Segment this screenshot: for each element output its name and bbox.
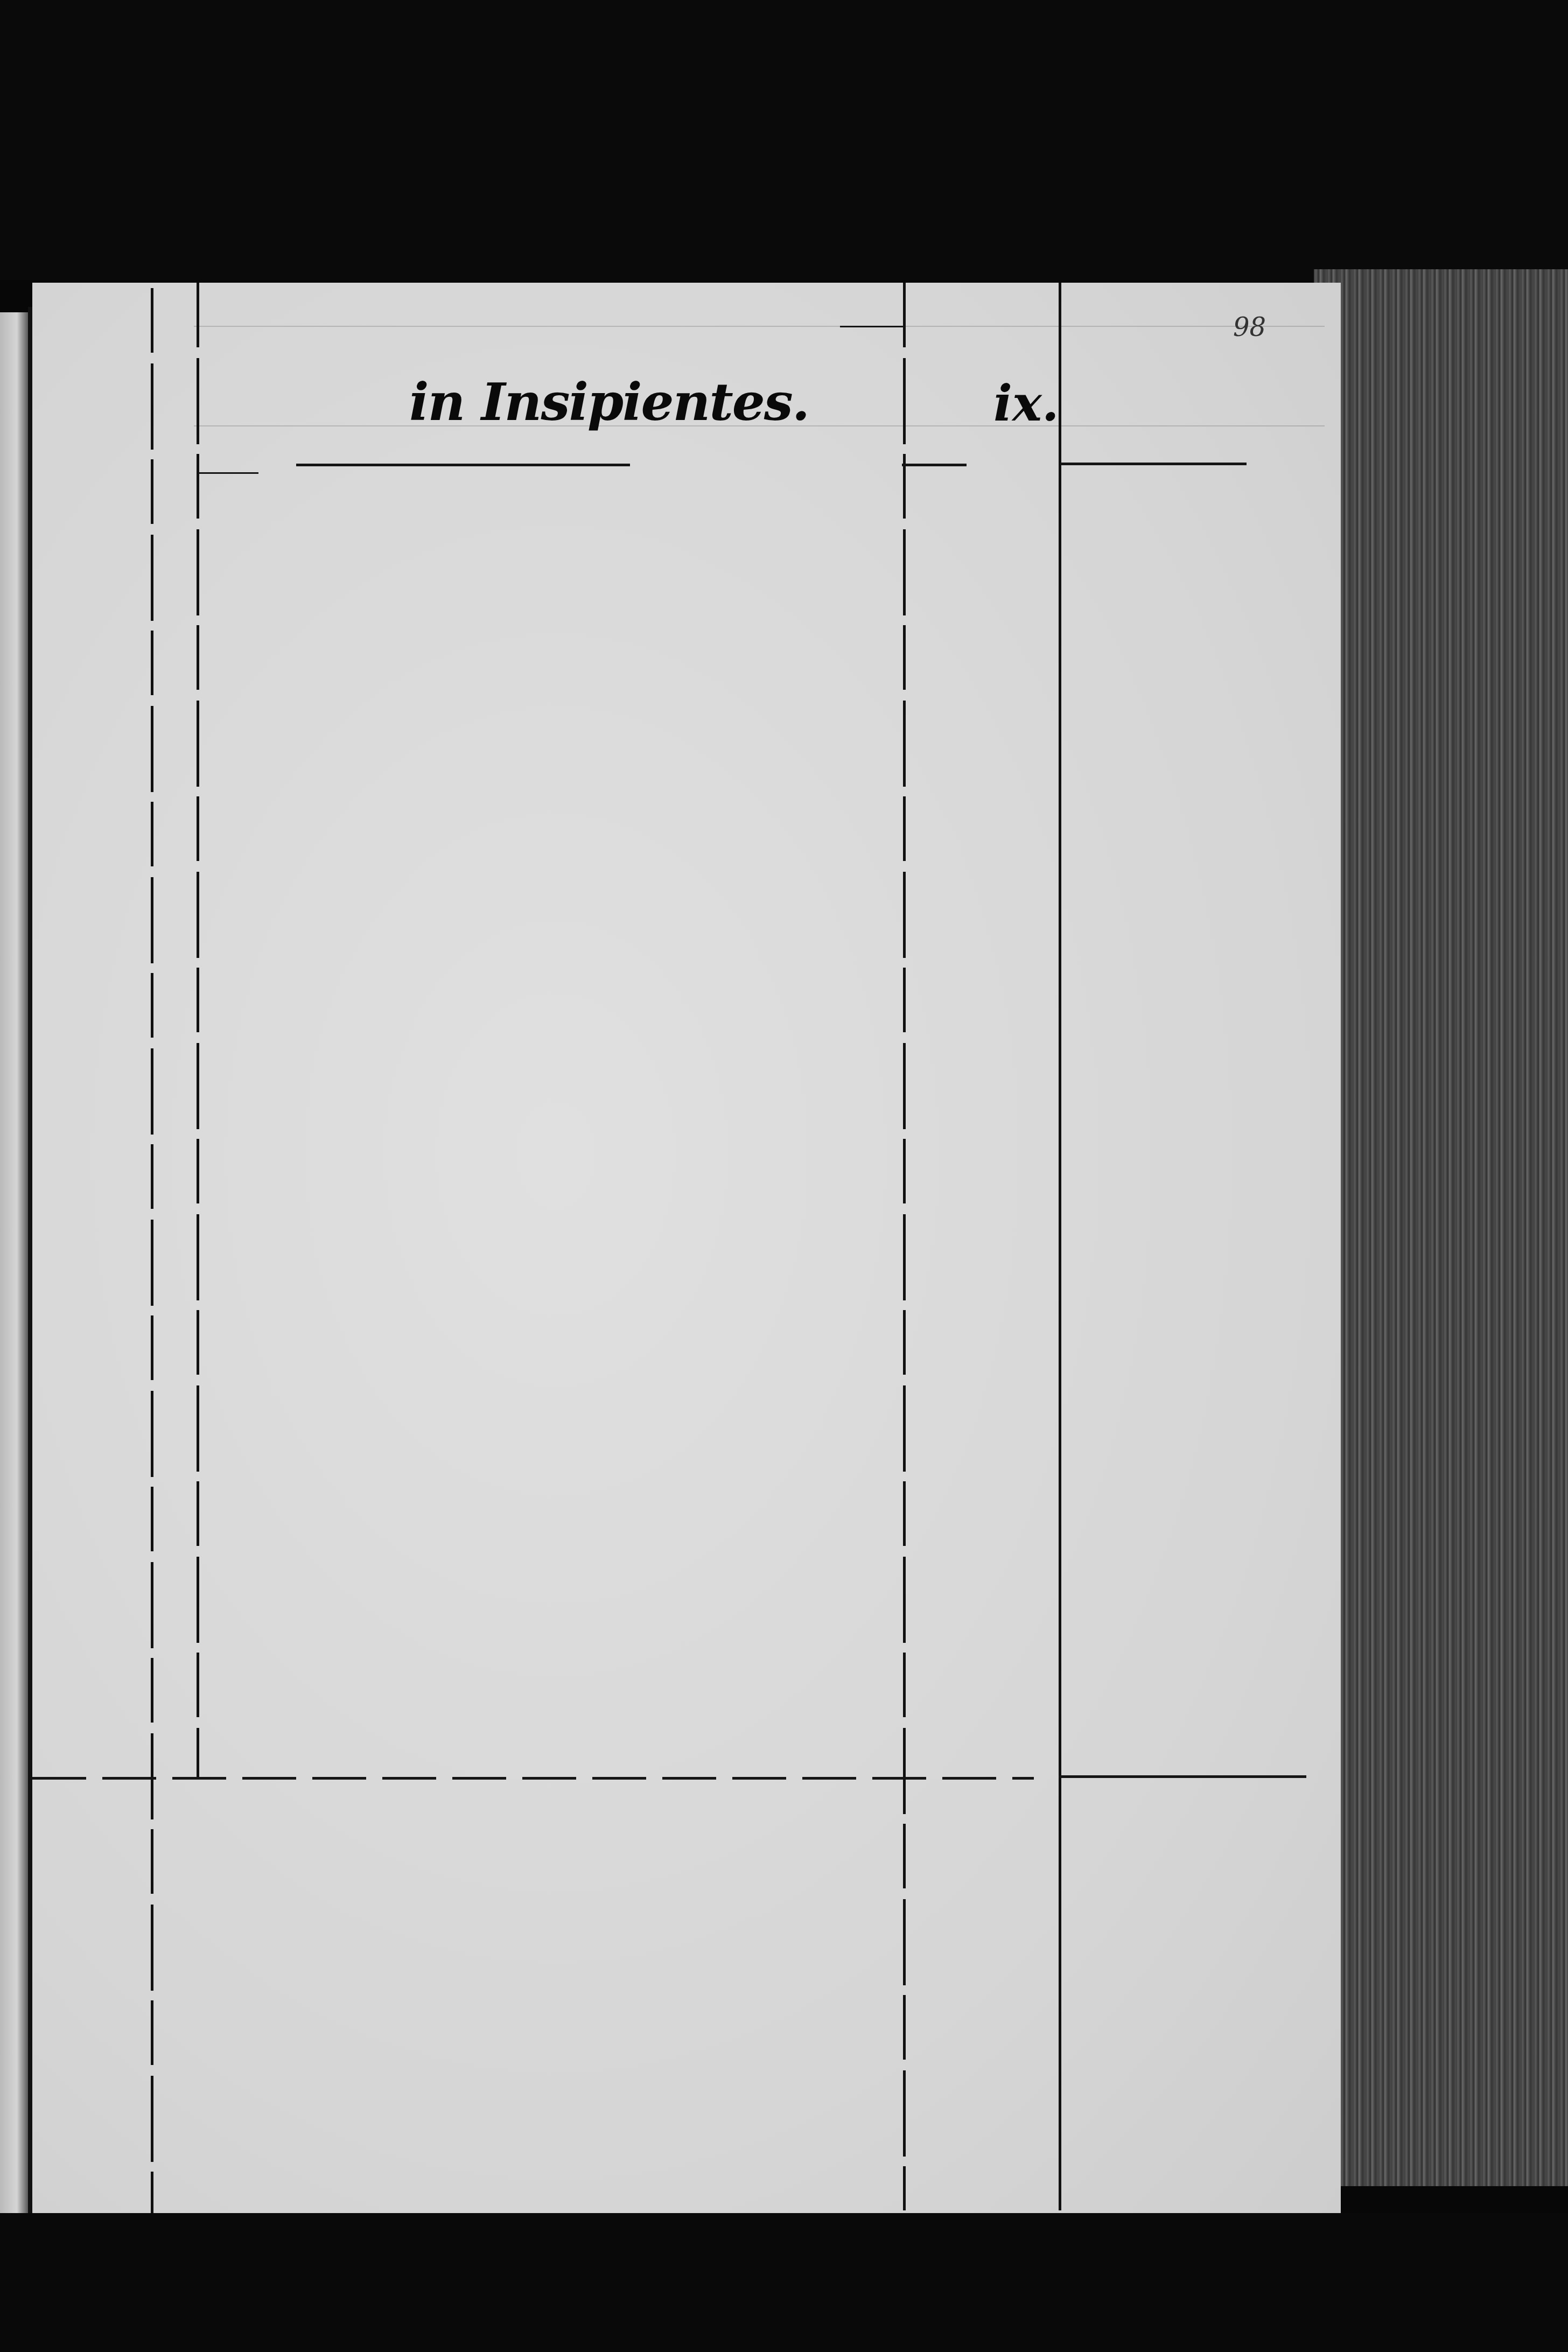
book-fore-edge	[1314, 269, 1568, 2186]
dark-background-bottom	[0, 2213, 1568, 2352]
manuscript-page	[32, 283, 1341, 2221]
bottom-rule	[32, 1777, 1034, 1780]
header-rule	[1061, 463, 1247, 465]
chapter-number: ix.	[993, 374, 1059, 432]
header-rule	[902, 464, 967, 466]
header-rule	[199, 472, 258, 474]
frame-line-left-inner	[197, 283, 199, 1780]
header-rule	[296, 464, 630, 466]
ruling-line	[194, 326, 1325, 327]
frame-line-column-1	[903, 283, 906, 2210]
frame-line-column-2	[1059, 283, 1061, 2210]
bottom-rule	[1059, 1775, 1306, 1778]
page-heading: in Insipientes.	[409, 372, 809, 432]
header-rule	[840, 326, 905, 327]
frame-line-left-outer	[151, 288, 153, 2221]
left-page-edge	[0, 312, 28, 2221]
folio-number: 98	[1233, 312, 1266, 342]
dark-background-top	[0, 0, 1568, 280]
